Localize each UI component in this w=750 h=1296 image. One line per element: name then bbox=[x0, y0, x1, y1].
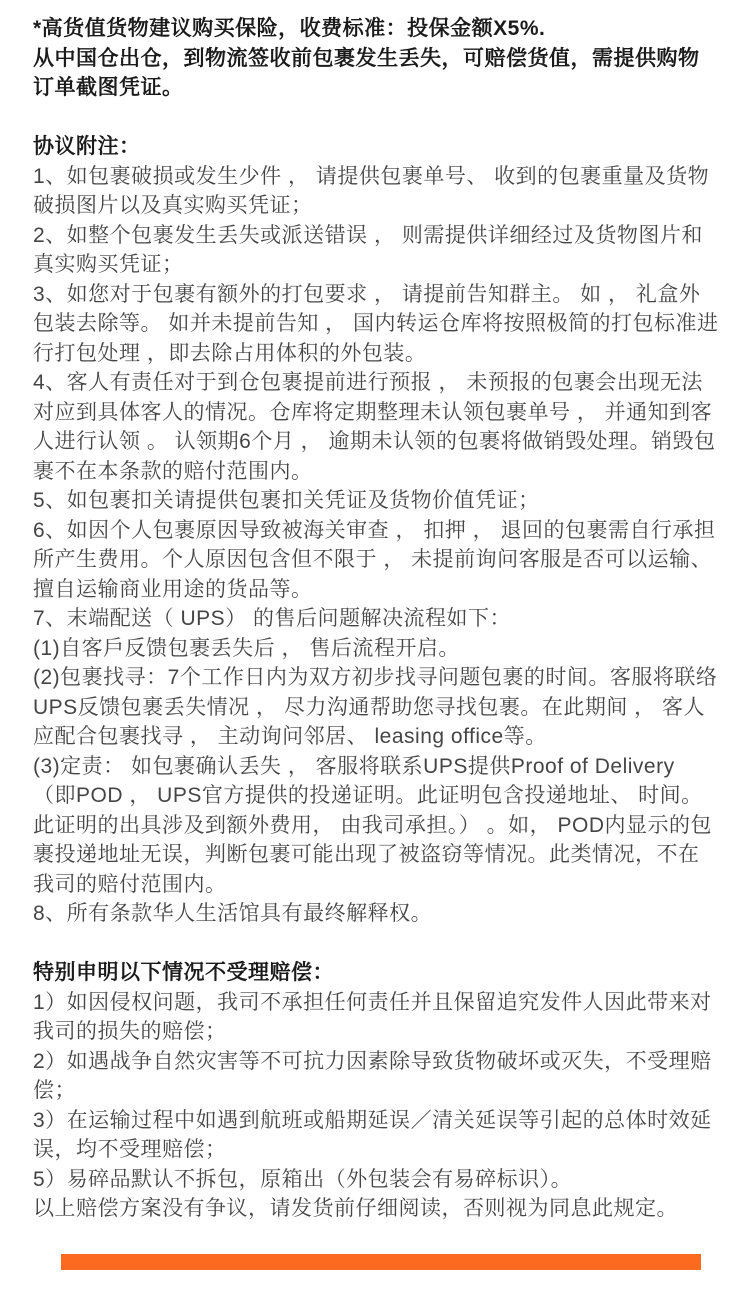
agreement-item-2: 2、如整个包裹发生丢失或派送错误 ， 则需提供详细经过及货物图片和真实购买凭证； bbox=[33, 221, 720, 280]
agreement-item-6: 6、如因个人包裹原因导致被海关审查 ， 扣押 ， 退回的包裹需自行承担所产生费用… bbox=[33, 516, 720, 605]
disclaimer-heading: 特别申明以下情况不受理赔偿： bbox=[33, 958, 720, 988]
insurance-notice-line1: *高货值货物建议购买保险，收费标准：投保金额X5%. bbox=[33, 14, 720, 44]
footer-accent-bar bbox=[61, 1254, 701, 1270]
section-gap bbox=[33, 929, 720, 959]
disclaimer-item-1: 1）如因侵权问题，我司不承担任何责任并且保留追究发件人因此带来对我司的损失的赔偿… bbox=[33, 988, 720, 1047]
agreement-item-4: 4、客人有责任对于到仓包裹提前进行预报 ， 未预报的包裹会出现无法对应到具体客人… bbox=[33, 368, 720, 486]
agreement-item-7-step-1: (1)自客戶反馈包裹丢失后 ， 售后流程开启。 bbox=[33, 634, 720, 664]
agreement-item-7-step-2: (2)包裹找寻：7个工作日内为双方初步找寻问题包裹的时间。客服将联络UPS反馈包… bbox=[33, 663, 720, 752]
insurance-notice-line2: 从中国仓出仓，到物流签收前包裹发生丢失，可赔偿货值，需提供购物订单截图凭证。 bbox=[33, 44, 720, 103]
agreement-item-3: 3、如您对于包裹有额外的打包要求 ， 请提前告知群主。 如 ， 礼盒外包装去除等… bbox=[33, 280, 720, 369]
disclaimer-item-3: 3）在运输过程中如遇到航班或船期延误／清关延误等引起的总体时效延误，均不受理赔偿… bbox=[33, 1106, 720, 1165]
agreement-item-7: 7、末端配送（ UPS） 的售后问题解决流程如下： bbox=[33, 604, 720, 634]
section-gap bbox=[33, 103, 720, 133]
terms-content: *高货值货物建议购买保险，收费标准：投保金额X5%. 从中国仓出仓，到物流签收前… bbox=[0, 0, 750, 1224]
agreement-item-7-step-3: (3)定责： 如包裹确认丢失 ， 客服将联系UPS提供Proof of Deli… bbox=[33, 752, 720, 900]
agreement-item-1: 1、如包裹破损或发生少件 ， 请提供包裹单号、 收到的包裹重量及货物破损图片以及… bbox=[33, 162, 720, 221]
disclaimer-item-5: 5）易碎品默认不拆包，原箱出（外包装会有易碎标识）。 bbox=[33, 1165, 720, 1195]
agreement-item-5: 5、如包裹扣关请提供包裹扣关凭证及货物价值凭证； bbox=[33, 486, 720, 516]
disclaimer-item-2: 2）如遇战争自然灾害等不可抗力因素除导致货物破坏或灭失，不受理赔偿； bbox=[33, 1047, 720, 1106]
agreement-heading: 协议附注： bbox=[33, 132, 720, 162]
disclaimer-closing: 以上赔偿方案没有争议，请发货前仔细阅读，否则视为同息此规定。 bbox=[33, 1194, 720, 1224]
terms-page: *高货值货物建议购买保险，收费标准：投保金额X5%. 从中国仓出仓，到物流签收前… bbox=[0, 0, 750, 1296]
agreement-item-8: 8、所有条款华人生活馆具有最终解释权。 bbox=[33, 899, 720, 929]
